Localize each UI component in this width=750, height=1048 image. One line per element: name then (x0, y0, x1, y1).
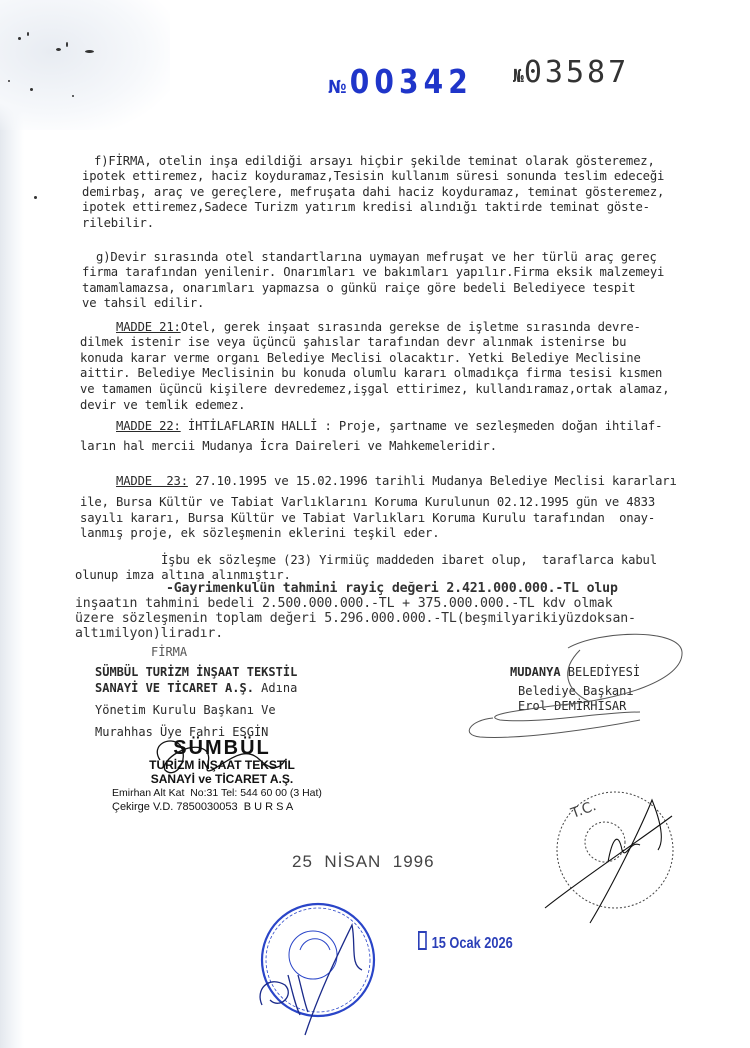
article-heading: MADDE 22: (116, 419, 181, 433)
text-span: BELEDİYESİ (561, 665, 640, 679)
text-span: SANAYİ VE TİCARET A.Ş. (95, 681, 254, 695)
stamp-line: SANAYİ ve TİCARET A.Ş. (112, 772, 332, 786)
firm-signatory-title: Yönetim Kurulu Başkanı Ve (95, 702, 297, 718)
text-line: aittir. Belediye Meclisinin bu konuda ol… (80, 366, 740, 382)
text-span: 15 Ocak 2026 (432, 935, 513, 952)
seal-text: T.C. (568, 798, 598, 822)
stamp-company-name: SÜMBÜL (112, 738, 332, 758)
ink-speck (34, 196, 37, 199)
text-line: -Gayrimenkulün tahmini rayiç değeri 2.42… (75, 581, 735, 596)
article-heading: MADDE 21: (116, 320, 181, 334)
ink-speck (56, 48, 61, 51)
tc-seal-signature-icon (545, 800, 672, 923)
text-span: Otel, gerek inşaat sırasında gerekse de … (181, 320, 641, 334)
text-line: ipotek ettiremez,Sadece Turizm yatırım k… (82, 200, 742, 216)
ink-speck (27, 32, 29, 36)
stamp-tax: Çekirge V.D. 7850030053 B U R S A (112, 800, 332, 814)
scan-smudge (0, 0, 170, 130)
serial-number-black: №03587 (513, 55, 629, 90)
text-line: rilebilir. (82, 216, 742, 232)
stamp-mark-icon (418, 931, 427, 950)
text-line: MADDE 21:Otel, gerek inşaat sırasında ge… (80, 320, 740, 336)
serial-value: 03587 (524, 55, 629, 90)
serial-value: 00342 (350, 62, 473, 101)
text-line: ipotek ettiremez, haciz koyduramaz,Tesis… (82, 169, 742, 185)
text-line: sayılı kararı, Bursa Kültür ve Tabiat Va… (80, 511, 740, 527)
article-heading: MADDE 23: (116, 474, 188, 488)
text-line: dilmek istenir ise veya üçüncü şahıslar … (80, 335, 740, 351)
clause-f: f)FİRMA, otelin inşa edildiği arsayı hiç… (82, 138, 742, 247)
scan-edge-shadow (0, 0, 24, 1048)
text-line: üzere sözleşmenin toplam değeri 5.296.00… (75, 611, 735, 626)
text-line: g)Devir sırasında otel standartlarına uy… (82, 250, 742, 266)
ink-speck (30, 88, 33, 91)
ink-speck (66, 42, 68, 47)
text-line: demirbaş, araç ve gereçlere, mefruşata d… (82, 185, 742, 201)
stamp-line: TURİZM İNŞAAT TEKSTİL (112, 758, 332, 772)
text-line: ile, Bursa Kültür ve Tabiat Varlıklarını… (80, 495, 740, 511)
date-stamp-received: 25 NİSAN 1996 (292, 852, 435, 872)
ink-speck (8, 80, 10, 82)
ink-speck (72, 95, 74, 97)
text-line: MADDE 22: İHTİLAFLARIN HALLİ : Proje, şa… (80, 419, 740, 435)
text-span: MUDANYA (510, 665, 561, 679)
ink-speck (18, 37, 21, 40)
text-line: MADDE 23: 27.10.1995 ve 15.02.1996 tarih… (80, 474, 740, 490)
ink-speck (85, 50, 94, 53)
text-span: Adına (254, 681, 297, 695)
firm-label: FİRMA (95, 644, 297, 660)
tc-seal-icon (557, 792, 673, 908)
text-line: f)FİRMA, otelin inşa edildiği arsayı hiç… (82, 154, 742, 170)
text-span: 27.10.1995 ve 15.02.1996 tarihli Mudanya… (188, 474, 677, 488)
text-line: ve tamamen üçüncü kişilere devredemez,iş… (80, 382, 740, 398)
text-line: ların hal mercii Mudanya İcra Daireleri … (80, 439, 740, 455)
company-stamp: SÜMBÜL TURİZM İNŞAAT TEKSTİL SANAYİ ve T… (112, 738, 332, 814)
text-line: firma tarafından yenilenir. Onarımları v… (82, 265, 742, 281)
municipality-person: Erol DEMİRHİSAR (510, 699, 640, 714)
text-span: : Proje, şartname ve sezleşmeden doğan i… (317, 419, 662, 433)
serial-prefix: № (513, 66, 524, 87)
municipality-name: MUDANYA BELEDİYESİ (510, 665, 640, 680)
serial-prefix: № (328, 77, 346, 98)
article-subheading: İHTİLAFLARIN HALLİ (188, 419, 317, 433)
municipality-title: Belediye Başkanı (510, 684, 640, 699)
firm-company-name: SÜMBÜL TURİZM İNŞAAT TEKSTİL (95, 664, 297, 680)
text-line: inşaatın tahmini bedeli 2.500.000.000.-T… (75, 596, 735, 611)
municipality-signatory-block: MUDANYA BELEDİYESİBelediye BaşkanıErol D… (510, 650, 640, 729)
stamp-address: Emirhan Alt Kat No:31 Tel: 544 60 00 (3 … (112, 786, 332, 800)
text-line: tamamlamazsa, onarımları yapmazsa o günk… (82, 281, 742, 297)
municipal-seal-signature-icon (260, 925, 362, 1035)
serial-number-blue: №00342 (328, 62, 473, 101)
text-line: konuda karar verme organı Belediye Mecli… (80, 351, 740, 367)
date-stamp-blue: 15 Ocak 2026 (418, 931, 513, 953)
firm-company-line2: SANAYİ VE TİCARET A.Ş. Adına (95, 680, 297, 696)
municipal-seal-icon (262, 904, 374, 1016)
